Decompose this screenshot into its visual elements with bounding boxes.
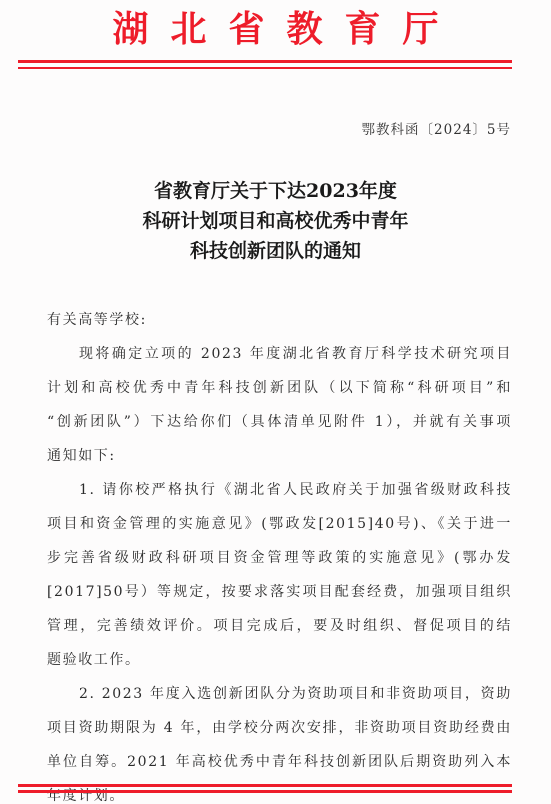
title-line: 科研计划项目和高校优秀中青年	[0, 206, 551, 236]
paragraph-line: 项目和资金管理的实施意见》(鄂政发[2015]40号)、《关于进一	[47, 514, 512, 534]
paragraph-line: 管理，完善绩效评价。项目完成后，要及时组织、督促项目的结	[47, 616, 512, 636]
footer-rule-thick	[18, 784, 512, 787]
title-line: 省教育厅关于下达2023年度	[0, 176, 551, 206]
document-title: 省教育厅关于下达2023年度 科研计划项目和高校优秀中青年 科技创新团队的通知	[0, 176, 551, 266]
paragraph-line: 步完善省级财政科研项目资金管理等政策的实施意见》(鄂办发	[47, 548, 512, 568]
paragraph-line: 计划和高校优秀中青年科技创新团队（以下简称“科研项目”和	[47, 378, 512, 398]
salutation: 有关高等学校:	[47, 310, 147, 330]
paragraph-line: 2. 2023 年度入选创新团队分为资助项目和非资助项目，资助	[79, 684, 512, 704]
title-line: 科技创新团队的通知	[0, 236, 551, 266]
masthead: 湖北省教育厅	[0, 6, 551, 52]
paragraph-line: 项目资助期限为 4 年，由学校分两次安排，非资助项目资助经费由	[47, 718, 512, 738]
paragraph-line: 通知如下:	[47, 446, 116, 466]
masthead-rule-thick	[18, 60, 512, 63]
paragraph-line: “创新团队”）下达给你们（具体清单见附件 1），并就有关事项	[47, 412, 512, 432]
paragraph-line: 单位自筹。2021 年高校优秀中青年科技创新团队后期资助列入本	[47, 752, 512, 772]
paragraph-line: 年度计划。	[47, 786, 125, 804]
paragraph-line: 现将确定立项的 2023 年度湖北省教育厅科学技术研究项目	[79, 344, 512, 364]
footer-rule-thin	[18, 790, 512, 793]
paragraph-line: 1. 请你校严格执行《湖北省人民政府关于加强省级财政科技	[79, 480, 512, 500]
document-number: 鄂教科函〔2024〕5号	[362, 118, 511, 138]
organization-name: 湖北省教育厅	[90, 8, 460, 50]
paragraph-line: 题验收工作。	[47, 650, 141, 670]
paragraph-line: [2017]50号）等规定，按要求落实项目配套经费，加强项目组织	[47, 582, 512, 602]
masthead-rule-thin	[18, 67, 512, 69]
